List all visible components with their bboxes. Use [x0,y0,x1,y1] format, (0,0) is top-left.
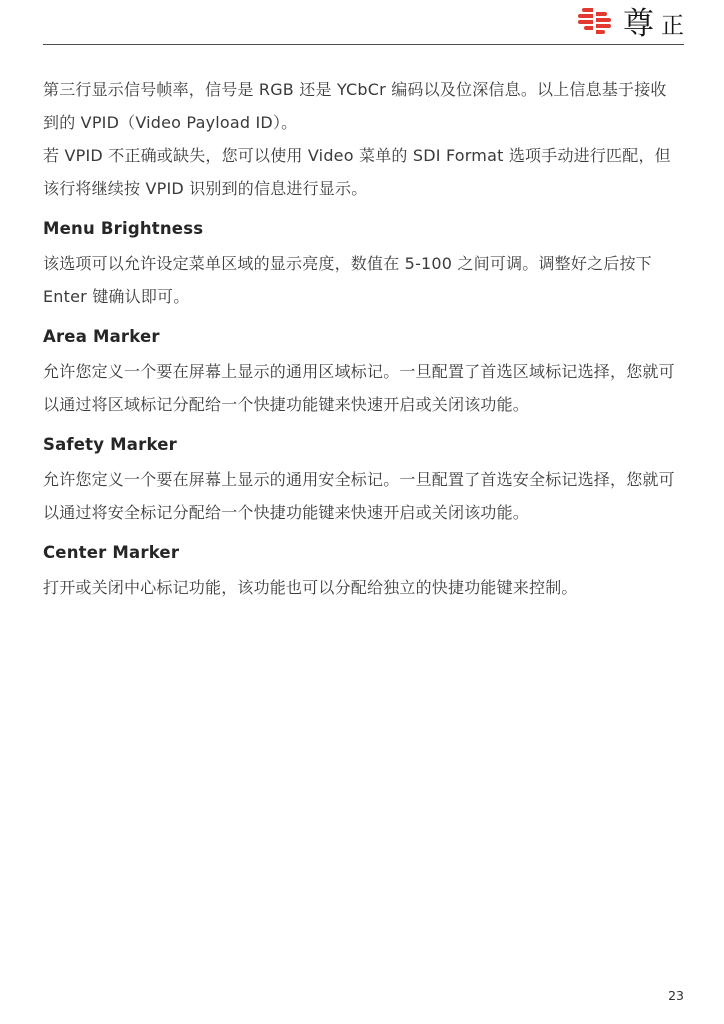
brand-logo: 尊 正 [578,8,684,40]
section-heading-safety-marker: Safety Marker [43,433,681,457]
para-menu-brightness: 该选项可以允许设定菜单区域的显示亮度，数值在 5-100 之间可调。调整好之后按… [43,247,681,313]
document-page: 尊 正 第三行显示信号帧率，信号是 RGB 还是 YCbCr 编码以及位深信息。… [0,0,724,1024]
zunzheng-logo-icon [578,8,611,34]
header-divider [43,44,684,45]
para-vpid-mismatch: 若 VPID 不正确或缺失，您可以使用 Video 菜单的 SDI Format… [43,139,681,205]
section-heading-menu-brightness: Menu Brightness [43,217,681,241]
brand-name: 尊 正 [623,9,684,40]
brand-char-2: 正 [661,15,684,38]
para-area-marker: 允许您定义一个要在屏幕上显示的通用区域标记。一旦配置了首选区域标记选择，您就可以… [43,355,681,421]
para-safety-marker: 允许您定义一个要在屏幕上显示的通用安全标记。一旦配置了首选安全标记选择，您就可以… [43,463,681,529]
section-heading-area-marker: Area Marker [43,325,681,349]
page-number: 23 [668,988,684,1003]
para-signal-info: 第三行显示信号帧率，信号是 RGB 还是 YCbCr 编码以及位深信息。以上信息… [43,73,681,139]
para-center-marker: 打开或关闭中心标记功能，该功能也可以分配给独立的快捷功能键来控制。 [43,571,681,604]
brand-char-1: 尊 [623,9,654,40]
section-heading-center-marker: Center Marker [43,541,681,565]
document-body: 第三行显示信号帧率，信号是 RGB 还是 YCbCr 编码以及位深信息。以上信息… [43,73,681,604]
